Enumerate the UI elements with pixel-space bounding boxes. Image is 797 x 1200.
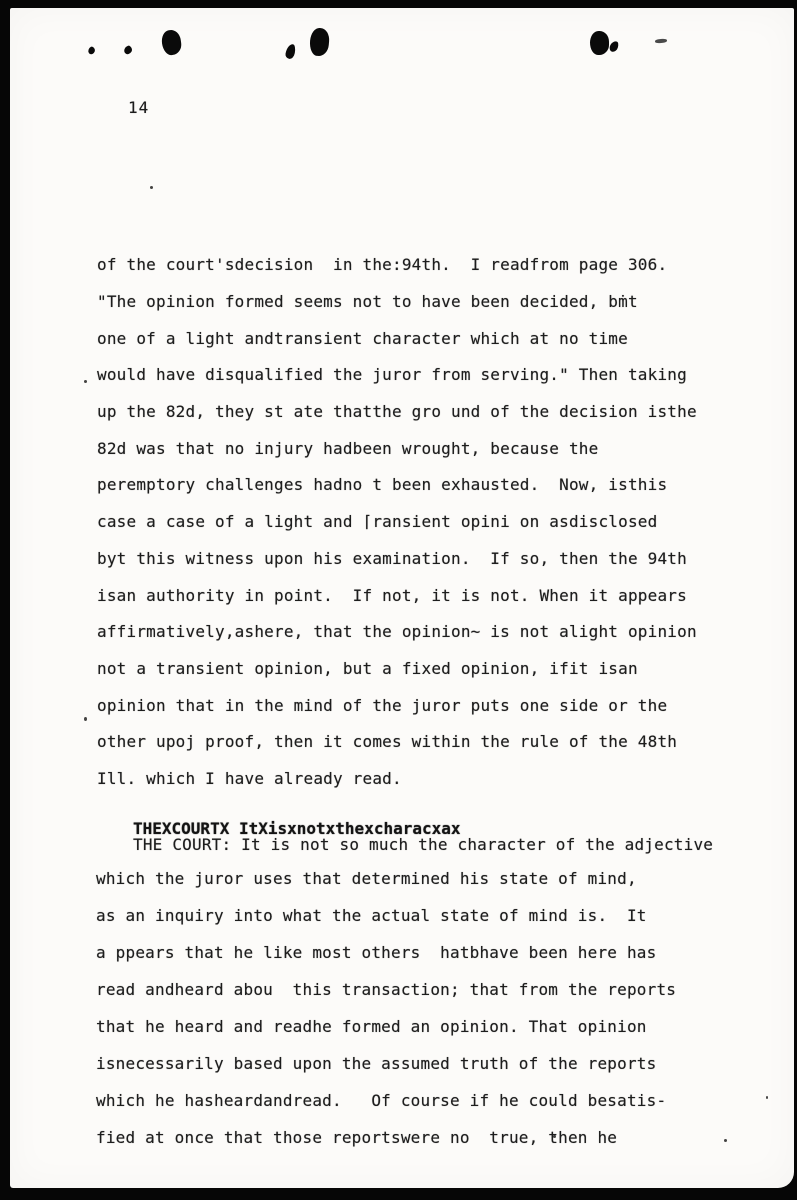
text-line: THE COURT: It is not so much the charact… — [133, 835, 713, 854]
text-line: which he hasheardandread. Of course if h… — [96, 1091, 666, 1110]
text-line: would have disqualified the juror from s… — [97, 365, 687, 384]
ink-blot — [84, 380, 87, 383]
text-line: as an inquiry into what the actual state… — [96, 906, 647, 925]
text-line: 82d was that no injury hadbeen wrought, … — [97, 439, 598, 458]
text-line: isnecessarily based upon the assumed tru… — [96, 1054, 656, 1073]
typewritten-text: of the court'sdecision in the:94th. I re… — [10, 8, 794, 1188]
document-page: 14 of the court'sdecision in the:94th. I… — [10, 8, 794, 1188]
ink-blot — [150, 186, 153, 189]
text-line: that he heard and readhe formed an opini… — [96, 1017, 647, 1036]
text-line: isan authority in point. If not, it is n… — [97, 586, 687, 605]
ink-blot — [553, 1135, 556, 1138]
text-line: "The opinion formed seems not to have be… — [97, 292, 638, 311]
text-line: read andheard abou this transaction; tha… — [96, 980, 676, 999]
text-line: opinion that in the mind of the juror pu… — [97, 696, 667, 715]
text-line: other upoj proof, then it comes within t… — [97, 732, 677, 751]
text-line: a ppears that he like most others hatbha… — [96, 943, 656, 962]
text-line: byt this witness upon his examination. I… — [97, 549, 687, 568]
text-line: fied at once that those reportswere no t… — [96, 1128, 617, 1147]
ink-blot — [590, 31, 609, 55]
text-line: peremptory challenges hadno t been exhau… — [97, 475, 667, 494]
ink-blot — [724, 1139, 727, 1142]
text-line: of the court'sdecision in the:94th. I re… — [97, 255, 667, 274]
text-line: up the 82d, they st ate thatthe gro und … — [97, 402, 697, 421]
ink-blot — [766, 1096, 768, 1099]
text-line: not a transient opinion, but a fixed opi… — [97, 659, 638, 678]
text-line: case a case of a light and ⌈ransient opi… — [97, 512, 657, 531]
text-line: affirmatively,ashere, that the opinion~ … — [97, 622, 697, 641]
text-line: which the juror uses that determined his… — [96, 869, 637, 888]
ink-blot — [84, 717, 87, 721]
text-line: Ill. which I have already read. — [97, 769, 402, 788]
text-line: one of a light andtransient character wh… — [97, 329, 628, 348]
